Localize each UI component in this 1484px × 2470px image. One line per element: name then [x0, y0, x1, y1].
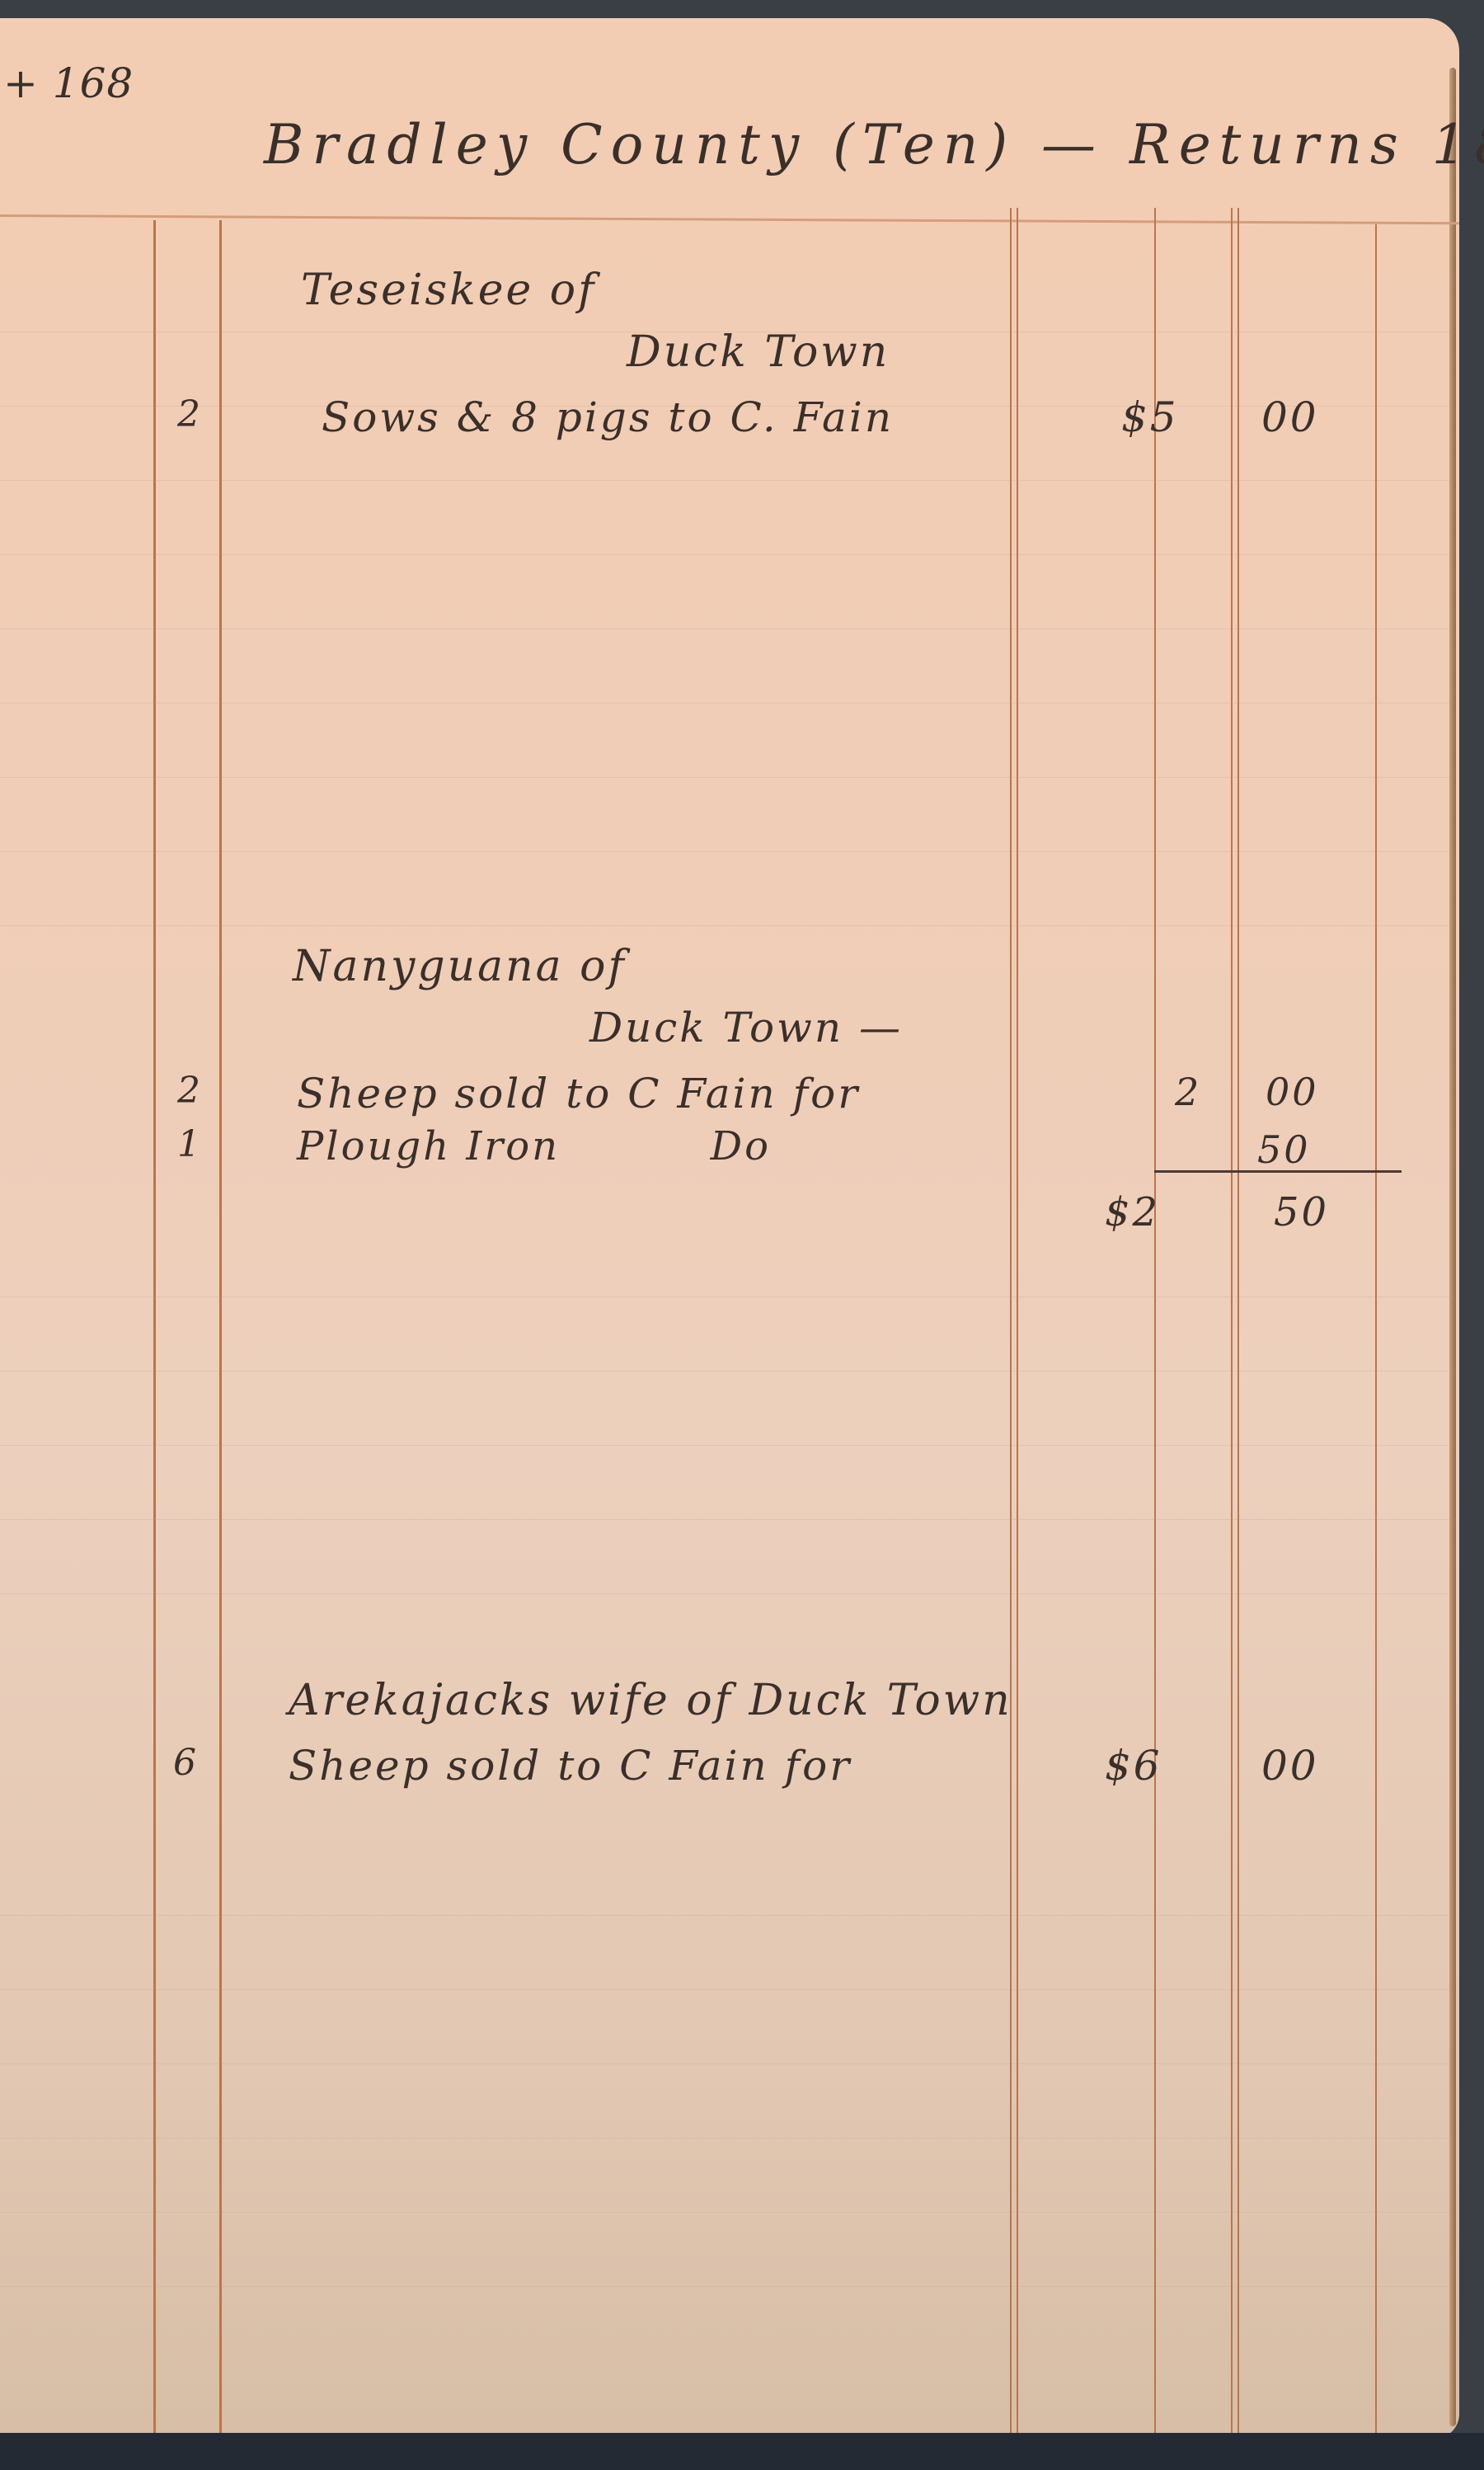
- ledger-line: [0, 1593, 1451, 1594]
- ledger-page: + 168 Bradley County (Ten) — Returns 183…: [0, 18, 1459, 2439]
- rule-cents-left-a: [1231, 208, 1233, 2439]
- item-cents: 50: [1257, 1127, 1311, 1172]
- ledger-line: [0, 628, 1451, 629]
- ledger-line: [0, 2138, 1451, 2138]
- ledger-line: [0, 1445, 1451, 1446]
- ledger-line: [0, 777, 1451, 778]
- item-quantity: 1: [177, 1123, 203, 1165]
- ledger-line: [0, 1519, 1451, 1520]
- item-description: Sheep sold to C Fain for: [297, 1070, 860, 1117]
- total-dollars: $2: [1105, 1189, 1160, 1235]
- rule-description-right-b: [1017, 208, 1018, 2439]
- rule-cents-right: [1375, 224, 1377, 2439]
- ledger-line: [0, 703, 1451, 703]
- rule-description-right-a: [1010, 208, 1012, 2439]
- owner-name: Arekajacks wife of Duck Town: [289, 1676, 1012, 1725]
- ledger-line: [0, 480, 1451, 481]
- rule-cents-left-b: [1237, 208, 1239, 2439]
- item-description: Sows & 8 pigs to C. Fain: [322, 393, 894, 441]
- total-cents: 50: [1274, 1189, 1329, 1235]
- item-quantity: 2: [177, 393, 203, 435]
- item-quantity: 2: [177, 1070, 203, 1112]
- ledger-line: [0, 1915, 1451, 1916]
- ledger-line: [0, 851, 1451, 852]
- owner-name: Teseiskee of: [301, 266, 596, 315]
- rule-dollars-right: [1154, 208, 1156, 2439]
- total-rule: [1154, 1170, 1402, 1173]
- page-title: Bradley County (Ten) — Returns 1838: [264, 113, 1484, 176]
- owner-name: Nanyguana of: [293, 942, 627, 991]
- book-cover-shadow: [0, 2433, 1484, 2470]
- ledger-line: [0, 554, 1451, 555]
- ledger-line: [0, 2212, 1451, 2213]
- item-description: Plough Iron Do: [297, 1123, 771, 1169]
- item-cents: 00: [1266, 1070, 1319, 1114]
- item-dollars: $6: [1105, 1742, 1162, 1790]
- item-dollars: $5: [1121, 393, 1179, 441]
- owner-town: Duck Town —: [589, 1004, 903, 1052]
- ledger-line: [0, 925, 1451, 926]
- page-edge: [1449, 68, 1456, 2426]
- ledger-line: [0, 1989, 1451, 1990]
- ledger-line: [0, 2063, 1451, 2064]
- ledger-line: [0, 1296, 1451, 1297]
- item-dollars: 2: [1175, 1070, 1201, 1114]
- rule-quantity-right: [219, 220, 222, 2439]
- ledger-line: [0, 1371, 1451, 1371]
- ledger-line: [0, 2286, 1451, 2287]
- item-cents: 00: [1261, 1742, 1319, 1790]
- page-number: + 168: [3, 59, 134, 107]
- item-description: Sheep sold to C Fain for: [289, 1742, 852, 1790]
- owner-town: Duck Town: [627, 327, 890, 377]
- item-quantity: 6: [173, 1742, 199, 1784]
- rule-margin-left: [153, 220, 156, 2439]
- item-cents: 00: [1261, 393, 1319, 441]
